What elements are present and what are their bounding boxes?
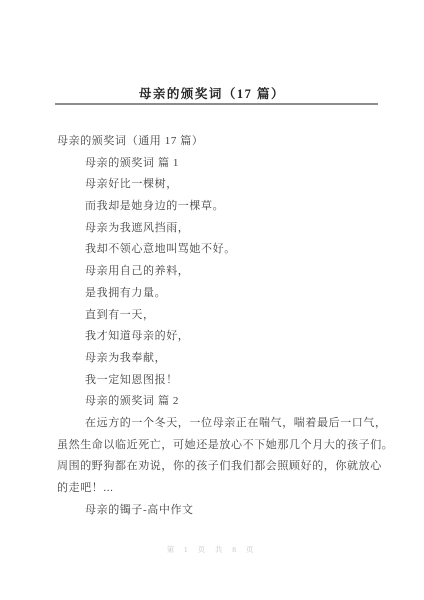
page-title: 母亲的颁奖词（17 篇）: [0, 84, 424, 102]
text-line: 的走吧！...: [57, 478, 388, 500]
text-line: 而我却是她身边的一棵草。: [57, 196, 388, 218]
text-line: 直到有一天，: [57, 305, 388, 327]
text-line: 是我拥有力量。: [57, 283, 388, 305]
text-line: 我才知道母亲的好，: [57, 326, 388, 348]
text-line: 母亲的颁奖词 篇 1: [57, 153, 388, 175]
text-line: 母亲用自己的养料，: [57, 261, 388, 283]
text-line: 母亲好比一棵树，: [57, 174, 388, 196]
text-line: 母亲的镯子-高中作文: [57, 500, 388, 522]
page-number-footer: 第 1 页 共 8 页: [0, 544, 424, 555]
text-line: 母亲为我遮风挡雨，: [57, 218, 388, 240]
document-page: 母亲的颁奖词（17 篇） 母亲的颁奖词（通用 17 篇）母亲的颁奖词 篇 1母亲…: [0, 0, 424, 600]
text-line: 母亲为我奉献，: [57, 348, 388, 370]
text-line: 母亲的颁奖词 篇 2: [57, 391, 388, 413]
text-line: 在远方的一个冬天，一位母亲正在喘气，喘着最后一口气，: [57, 413, 388, 435]
text-line: 我却不领心意地叫骂她不好。: [57, 239, 388, 261]
title-divider: [55, 103, 378, 105]
text-line: 虽然生命以临近死亡，可她还是放心不下她那几个月大的孩子们。: [57, 435, 388, 457]
document-body: 母亲的颁奖词（通用 17 篇）母亲的颁奖词 篇 1母亲好比一棵树，而我却是她身边…: [57, 131, 388, 521]
text-line: 母亲的颁奖词（通用 17 篇）: [57, 131, 388, 153]
text-line: 我一定知恩图报！: [57, 370, 388, 392]
text-line: 周围的野狗都在劝说，你的孩子们我们都会照顾好的，你就放心: [57, 456, 388, 478]
